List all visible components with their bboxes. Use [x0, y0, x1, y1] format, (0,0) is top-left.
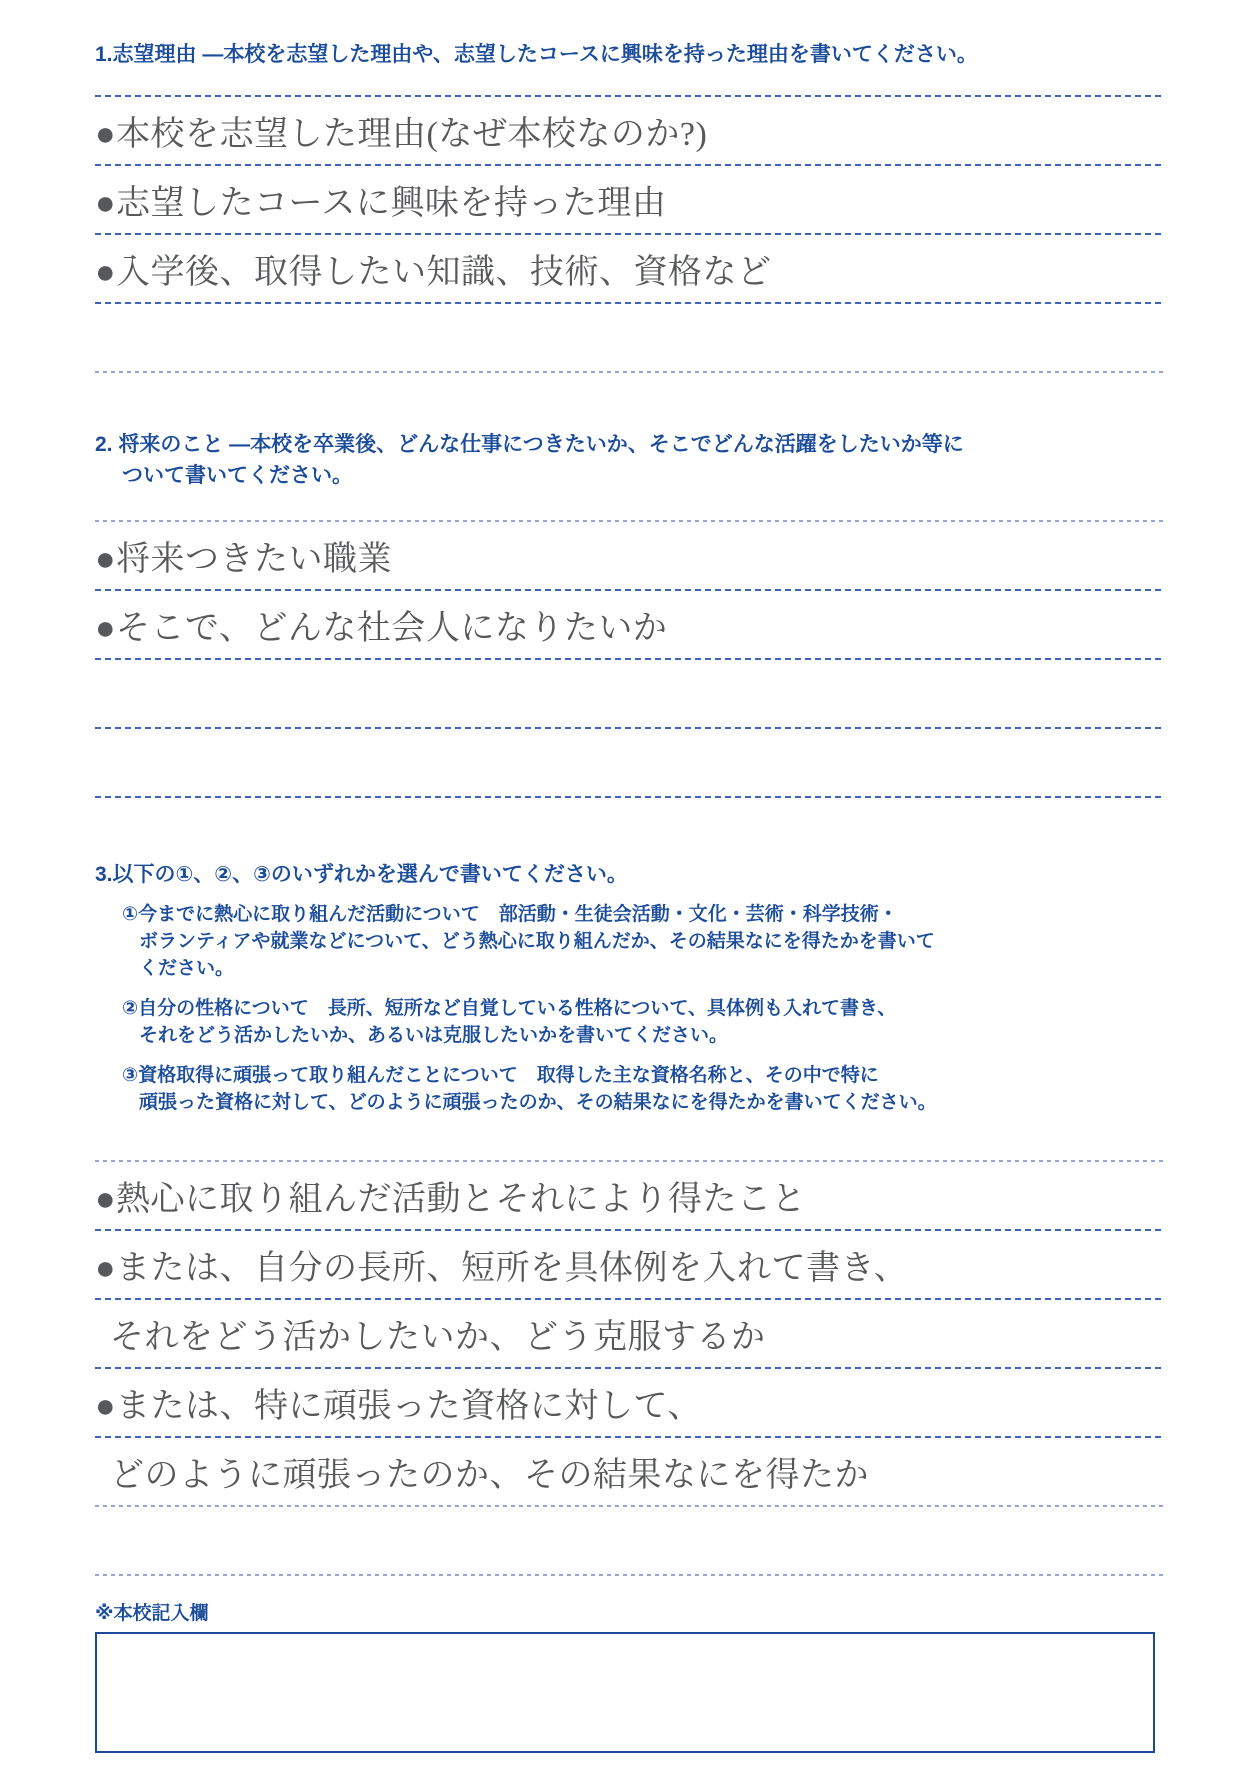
writing-prompt: ●そこで、どんな社会人になりたいか [95, 600, 667, 649]
writing-prompt: ●熱心に取り組んだ活動とそれにより得たこと [95, 1171, 806, 1220]
section-2-writing-block: ●将来つきたい職業 ●そこで、どんな社会人になりたいか [95, 520, 1165, 798]
section-2-heading-line-2: ついて書いてください。 [122, 461, 1165, 491]
writing-row-empty[interactable] [95, 1507, 1165, 1574]
sub-instruction-1: ①今までに熱心に取り組んだ活動について 部活動・生徒会活動・文化・芸術・科学技術… [122, 901, 1165, 982]
dotted-rule [95, 796, 1165, 798]
writing-row[interactable]: ●または、自分の長所、短所を具体例を入れて書き、 [95, 1231, 1165, 1298]
section-future: 2. 将来のこと ―本校を卒業後、どんな仕事につきたいか、そこでどんな活躍をした… [95, 430, 1165, 798]
writing-prompt: どのように頑張ったのか、その結果なにを得たか [110, 1447, 869, 1496]
section-1-heading: 1.志望理由 ―本校を志望した理由や、志望したコースに興味を持った理由を書いてく… [95, 40, 1165, 70]
section-3-writing-block: ●熱心に取り組んだ活動とそれにより得たこと ●または、自分の長所、短所を具体例を… [95, 1160, 1165, 1576]
writing-row[interactable]: ●本校を志望した理由(なぜ本校なのか?) [95, 97, 1165, 164]
writing-row[interactable]: どのように頑張ったのか、その結果なにを得たか [95, 1438, 1165, 1505]
writing-prompt: ●または、特に頑張った資格に対して、 [95, 1378, 702, 1427]
writing-row[interactable]: ●または、特に頑張った資格に対して、 [95, 1369, 1165, 1436]
section-3-heading: 3.以下の①、②、③のいずれかを選んで書いてください。 [95, 860, 1165, 890]
writing-row[interactable]: ●熱心に取り組んだ活動とそれにより得たこと [95, 1162, 1165, 1229]
sub-instruction-2-line-1: ②自分の性格について 長所、短所など自覚している性格について、具体例も入れて書き… [122, 995, 1165, 1022]
sub-instruction-1-line-1: ①今までに熱心に取り組んだ活動について 部活動・生徒会活動・文化・芸術・科学技術… [122, 901, 1165, 928]
writing-row[interactable]: ●そこで、どんな社会人になりたいか [95, 591, 1165, 658]
section-choice-topics: 3.以下の①、②、③のいずれかを選んで書いてください。 ①今までに熱心に取り組ん… [95, 860, 1165, 1575]
school-use-label: ※本校記入欄 [95, 1598, 1165, 1625]
writing-row[interactable]: ●入学後、取得したい知識、技術、資格など [95, 235, 1165, 302]
writing-prompt: ●入学後、取得したい知識、技術、資格など [95, 244, 772, 293]
writing-prompt: ●本校を志望した理由(なぜ本校なのか?) [95, 106, 707, 155]
section-2-heading-line-1: 2. 将来のこと ―本校を卒業後、どんな仕事につきたいか、そこでどんな活躍をした… [95, 430, 1165, 460]
school-use-section: ※本校記入欄 [95, 1598, 1165, 1753]
dotted-rule [95, 1574, 1165, 1576]
sub-instruction-1-line-3: ください。 [122, 955, 1165, 982]
writing-row-empty[interactable] [95, 304, 1165, 371]
section-motivation: 1.志望理由 ―本校を志望した理由や、志望したコースに興味を持った理由を書いてく… [95, 40, 1165, 373]
section-3-sub-instructions: ①今までに熱心に取り組んだ活動について 部活動・生徒会活動・文化・芸術・科学技術… [95, 901, 1165, 1116]
writing-row[interactable]: ●志望したコースに興味を持った理由 [95, 166, 1165, 233]
sub-instruction-3-line-1: ③資格取得に頑張って取り組んだことについて 取得した主な資格名称と、その中で特に [122, 1062, 1165, 1089]
section-2-heading: 2. 将来のこと ―本校を卒業後、どんな仕事につきたいか、そこでどんな活躍をした… [95, 430, 1165, 491]
writing-row-empty[interactable] [95, 660, 1165, 727]
sub-instruction-2: ②自分の性格について 長所、短所など自覚している性格について、具体例も入れて書き… [122, 995, 1165, 1049]
writing-prompt: それをどう活かしたいか、どう克服するか [110, 1309, 766, 1358]
sub-instruction-1-line-2: ボランティアや就業などについて、どう熱心に取り組んだか、その結果なにを得たかを書… [122, 928, 1165, 955]
writing-row-empty[interactable] [95, 729, 1165, 796]
application-form-page: 1.志望理由 ―本校を志望した理由や、志望したコースに興味を持った理由を書いてく… [0, 0, 1260, 1780]
sub-instruction-2-line-2: それをどう活かしたいか、あるいは克服したいかを書いてください。 [122, 1022, 1165, 1049]
writing-prompt: ●または、自分の長所、短所を具体例を入れて書き、 [95, 1240, 908, 1289]
section-1-writing-block: ●本校を志望した理由(なぜ本校なのか?) ●志望したコースに興味を持った理由 ●… [95, 95, 1165, 373]
sub-instruction-3: ③資格取得に頑張って取り組んだことについて 取得した主な資格名称と、その中で特に… [122, 1062, 1165, 1116]
dotted-rule [95, 371, 1165, 373]
writing-row[interactable]: それをどう活かしたいか、どう克服するか [95, 1300, 1165, 1367]
sub-instruction-3-line-2: 頑張った資格に対して、どのように頑張ったのか、その結果なにを得たかを書いてくださ… [122, 1089, 1165, 1116]
writing-row[interactable]: ●将来つきたい職業 [95, 522, 1165, 589]
school-use-box[interactable] [95, 1632, 1155, 1753]
writing-prompt: ●志望したコースに興味を持った理由 [95, 175, 666, 224]
writing-prompt: ●将来つきたい職業 [95, 531, 392, 580]
